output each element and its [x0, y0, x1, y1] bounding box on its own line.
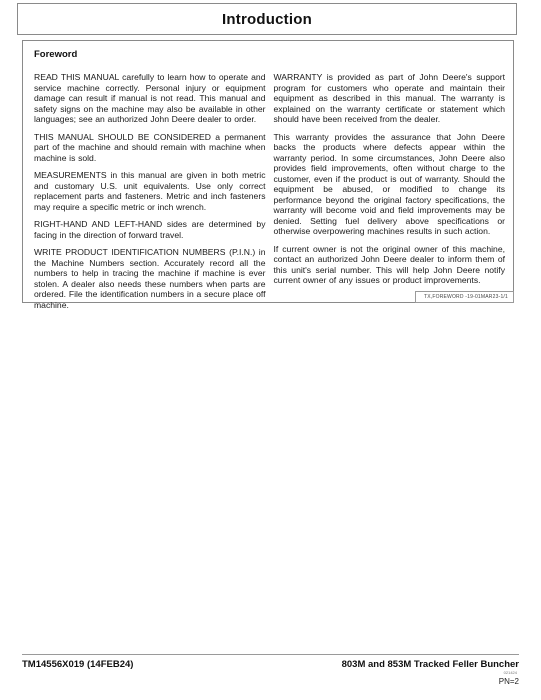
footer-divider	[22, 654, 519, 655]
paragraph: WARRANTY is provided as part of John Dee…	[274, 72, 506, 125]
paragraph: MEASUREMENTS in this manual are given in…	[34, 170, 266, 212]
right-column: WARRANTY is provided as part of John Dee…	[274, 72, 506, 317]
page-number: PN=2	[499, 677, 519, 686]
page-title: Introduction	[222, 11, 312, 28]
paragraph: This warranty provides the assurance tha…	[274, 132, 506, 237]
section-heading: Foreword	[34, 49, 505, 60]
paragraph: If current owner is not the original own…	[274, 244, 506, 286]
paragraph: THIS MANUAL SHOULD BE CONSIDERED a perma…	[34, 132, 266, 164]
page-title-box: Introduction	[17, 3, 517, 35]
paragraph: WRITE PRODUCT IDENTIFICATION NUMBERS (P.…	[34, 247, 266, 310]
paragraph: RIGHT-HAND AND LEFT-HAND sides are deter…	[34, 219, 266, 240]
print-code: 021424	[504, 670, 517, 675]
two-column-layout: READ THIS MANUAL carefully to learn how …	[34, 72, 505, 317]
foreword-section: Foreword READ THIS MANUAL carefully to l…	[22, 40, 514, 303]
left-column: READ THIS MANUAL carefully to learn how …	[34, 72, 266, 317]
paragraph: READ THIS MANUAL carefully to learn how …	[34, 72, 266, 125]
document-number: TM14556X019 (14FEB24)	[22, 659, 133, 670]
document-title: 803M and 853M Tracked Feller Buncher	[342, 659, 519, 670]
reference-code: TX,FOREWORD -19-01MAR23-1/1	[415, 291, 514, 303]
